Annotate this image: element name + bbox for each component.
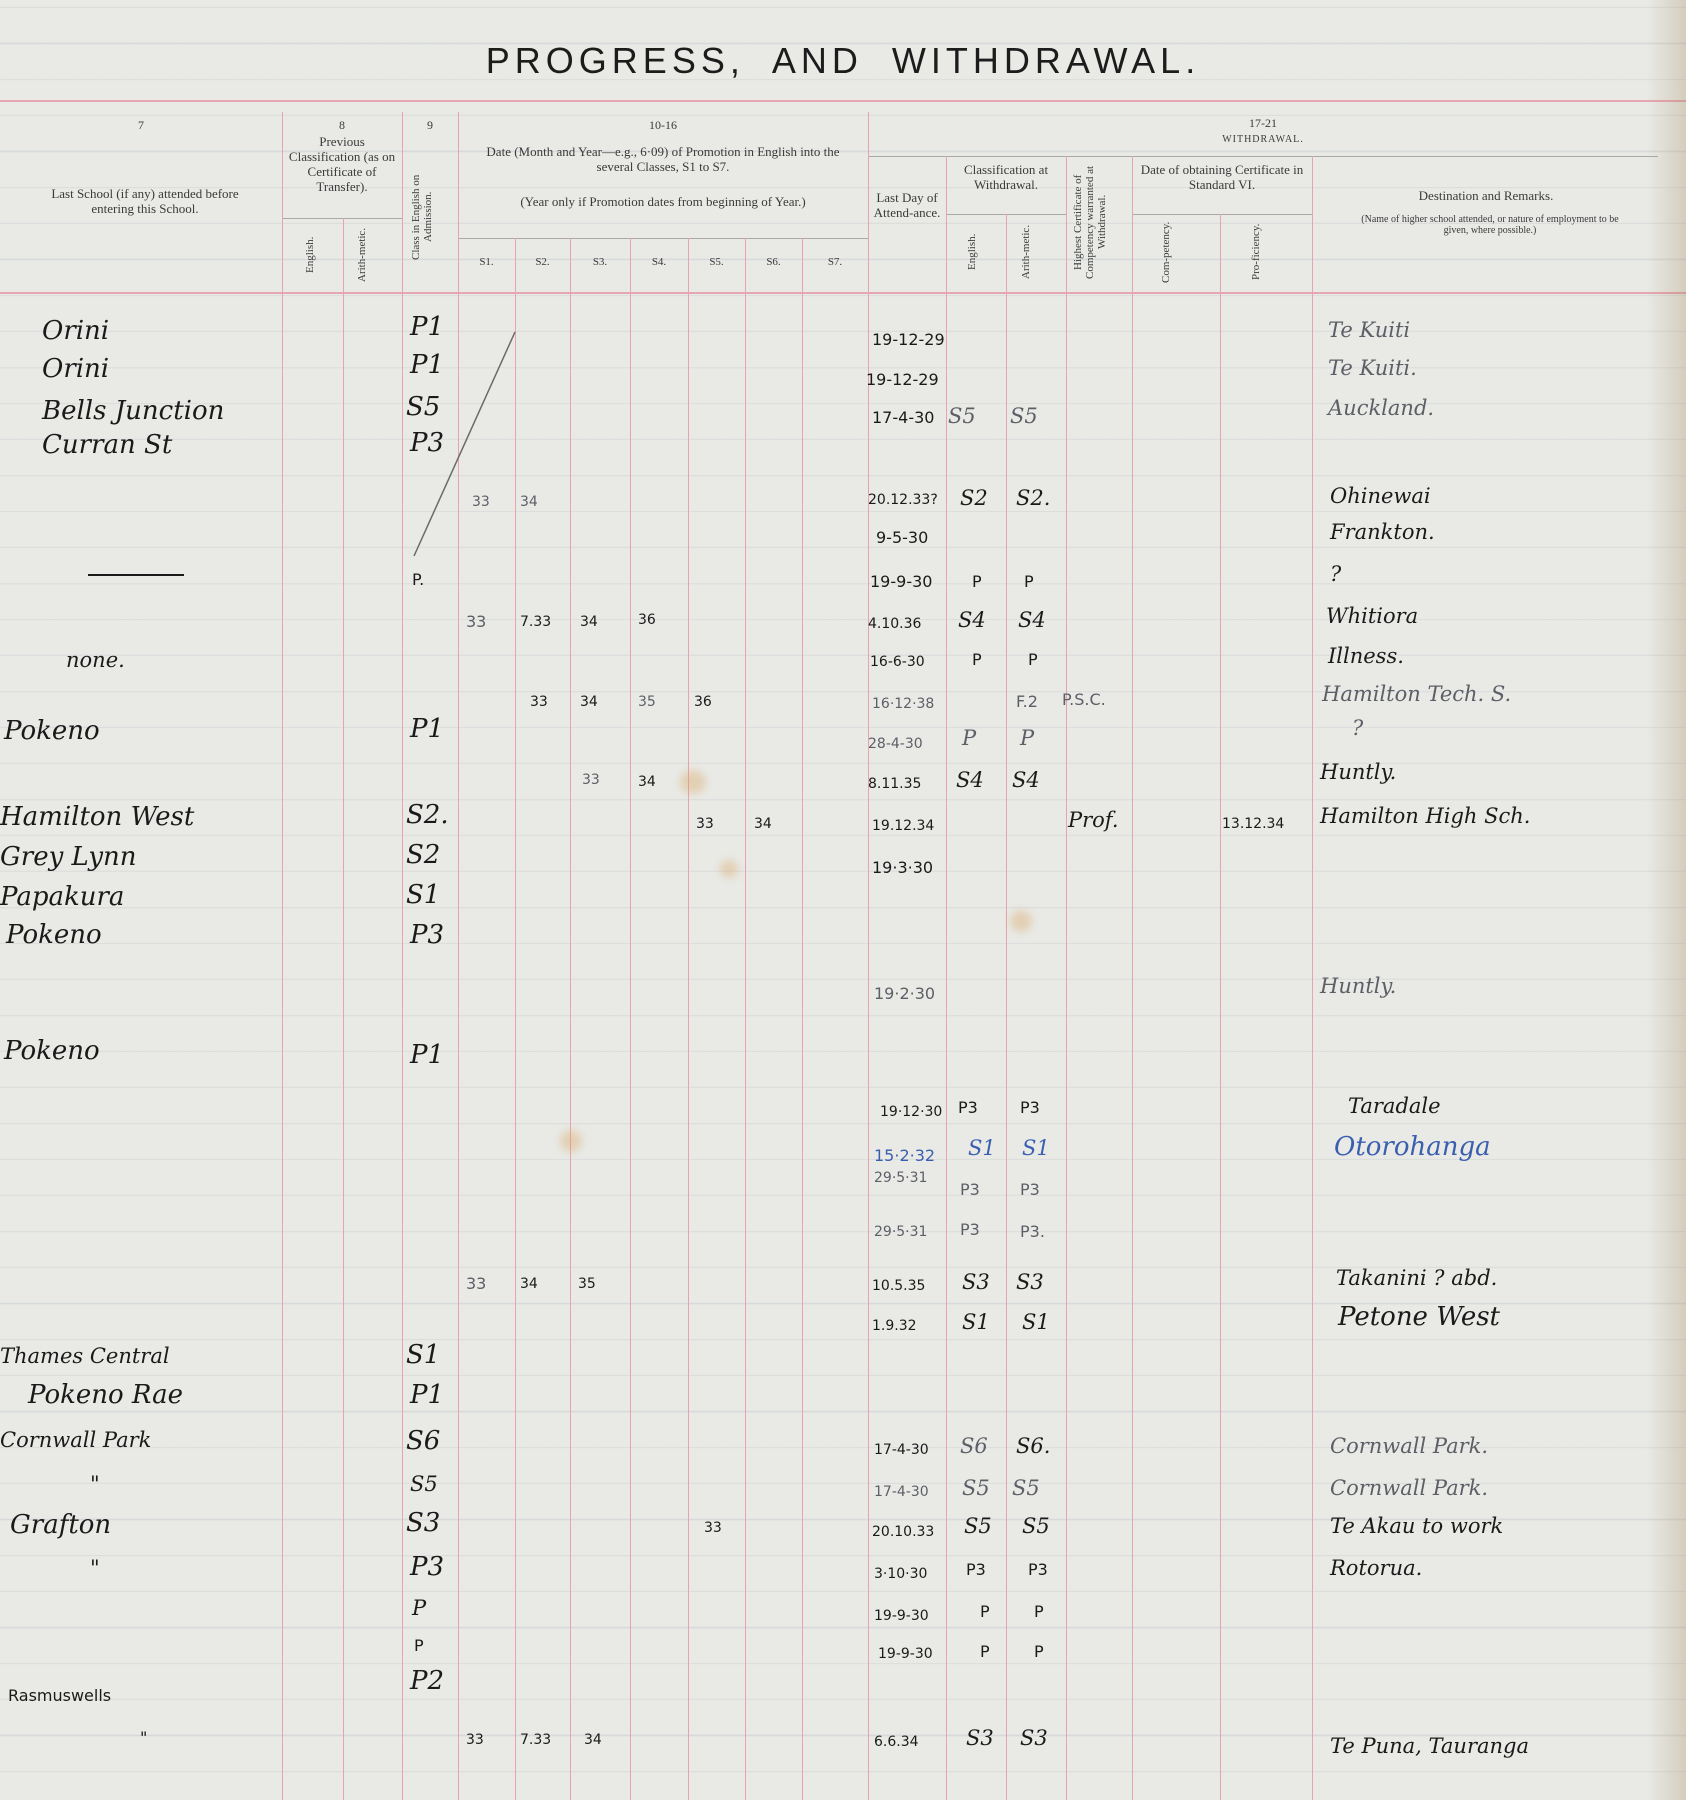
proficiency-header: Pro-ficiency.	[1250, 220, 1280, 284]
promotion-s5: 33	[696, 816, 714, 832]
cw-arith: S1	[1022, 1136, 1050, 1160]
col7-header: Last School (if any) attended before ent…	[50, 186, 240, 216]
promotion-s2: 7.33	[520, 614, 551, 630]
cw-arith: S4	[1012, 768, 1040, 792]
promotion-s3: 34	[584, 1732, 602, 1748]
col-divider	[1312, 156, 1313, 1800]
destination: Te Kuiti.	[1328, 356, 1417, 380]
admission-class: S5	[410, 1472, 438, 1496]
col-divider	[868, 112, 869, 1800]
last-day: 19-12-29	[866, 370, 939, 389]
destination: Cornwall Park.	[1330, 1434, 1488, 1458]
destination: Frankton.	[1330, 520, 1435, 544]
last-day: 19·3·30	[872, 858, 933, 877]
cw-arith-header: Arith-metic.	[1020, 220, 1046, 284]
cw-english: S3	[962, 1270, 990, 1294]
cw-arith: S6.	[1016, 1434, 1050, 1458]
col9-header: Class in English on Admission.	[410, 150, 440, 284]
cw-english: P3	[960, 1220, 980, 1239]
last-school: Curran St	[42, 430, 172, 460]
promotion-s3: 35	[578, 1276, 596, 1292]
admission-class: S6	[406, 1426, 440, 1456]
destination: Taradale	[1348, 1094, 1441, 1118]
promotion-subheader-rule	[458, 238, 868, 239]
last-day-header: Last Day of Attend-ance.	[872, 190, 942, 220]
last-school: "	[140, 1728, 147, 1747]
standard-header-s6: S6.	[745, 256, 802, 268]
cw-arith: S5	[1010, 404, 1038, 428]
cw-english: S4	[956, 768, 984, 792]
last-school: Orini	[42, 316, 109, 346]
col-divider	[802, 238, 803, 1800]
promotion-s3: 34	[580, 694, 598, 710]
col-divider	[1132, 156, 1133, 1800]
cw-english: S2	[960, 486, 988, 510]
standard-header-s5: S5.	[688, 256, 745, 268]
cw-arith: S5	[1012, 1476, 1040, 1500]
last-day: 19.12.34	[872, 818, 934, 834]
last-day: 3·10·30	[874, 1566, 927, 1582]
cw-english: S5	[948, 404, 976, 428]
cw-english: S1	[962, 1310, 990, 1334]
admission-class: P1	[410, 1380, 444, 1410]
admission-class: P3	[410, 1552, 444, 1582]
col8-header: Previous Classification (as on Certifica…	[286, 134, 398, 194]
last-school: Cornwall Park	[0, 1428, 151, 1452]
promotion-s1: 33	[466, 1732, 484, 1748]
last-school: "	[90, 1472, 100, 1496]
promotion-s2: 34	[520, 494, 538, 510]
destination: Otorohanga	[1334, 1132, 1491, 1162]
destination: Petone West	[1338, 1302, 1500, 1332]
destination: Auckland.	[1328, 396, 1434, 420]
standard-header-s1: S1.	[458, 256, 515, 268]
last-day: 6.6.34	[874, 1734, 919, 1750]
last-school: "	[90, 1556, 100, 1580]
admission-class: P2	[410, 1666, 444, 1696]
cw-english: P3	[960, 1180, 980, 1199]
col-divider	[402, 112, 403, 1800]
col-divider	[282, 112, 283, 1800]
cw-english: P3	[966, 1560, 986, 1579]
promotion-s1: 33	[466, 1274, 486, 1293]
admission-class: S1	[406, 880, 440, 910]
destination: Takanini ? abd.	[1336, 1266, 1497, 1290]
cw-arith: S1	[1022, 1310, 1050, 1334]
col-divider	[570, 238, 571, 1800]
admission-class: P1	[410, 714, 444, 744]
col-divider	[1066, 156, 1067, 1800]
col8-english-header: English.	[304, 226, 316, 284]
col-divider	[630, 238, 631, 1800]
col9-number: 9	[402, 118, 458, 133]
stain	[1010, 910, 1032, 932]
withdrawal-header: WITHDRAWAL.	[868, 134, 1658, 145]
col-divider	[343, 218, 344, 1800]
last-day: 10.5.35	[872, 1278, 925, 1294]
col-divider	[946, 156, 947, 1800]
destination: Ohinewai	[1330, 484, 1431, 508]
destination-header: Destination and Remarks.	[1316, 188, 1656, 203]
promotion-s3: 33	[582, 772, 600, 788]
standard-header-s4: S4.	[630, 256, 688, 268]
standard-header-s3: S3.	[570, 256, 630, 268]
cw-english: P	[980, 1602, 990, 1621]
promotion-s2: 7.33	[520, 1732, 551, 1748]
last-day: 17-4-30	[874, 1442, 929, 1458]
last-day: 4.10.36	[868, 616, 921, 632]
cw-english: S6	[960, 1434, 988, 1458]
cw-arith: P	[1034, 1642, 1044, 1661]
cw-arith: F.2	[1016, 692, 1038, 711]
cw-english: P3	[958, 1098, 978, 1117]
last-day: 16-6-30	[870, 654, 925, 670]
last-school: Thames Central	[0, 1344, 170, 1368]
last-school: Orini	[42, 354, 109, 384]
header-bottom-rule	[0, 292, 1686, 294]
col17-21-number: 17-21	[868, 116, 1658, 131]
std6-cert-header: Date of obtaining Certificate in Standar…	[1136, 162, 1308, 192]
withdrawal-subheader-rule	[868, 156, 1658, 157]
last-school: Bells Junction	[42, 396, 224, 426]
last-day: 19-9-30	[878, 1646, 933, 1662]
destination: Rotorua.	[1330, 1556, 1422, 1580]
last-day: 20.10.33	[872, 1524, 934, 1540]
last-day: 19-12-29	[872, 330, 945, 349]
last-day: 9-5-30	[876, 528, 928, 547]
stain	[720, 860, 738, 878]
cw-arith: P	[1034, 1602, 1044, 1621]
last-day: 20.12.33?	[868, 492, 938, 508]
admission-class: P3	[410, 920, 444, 950]
standard-header-s2: S2.	[515, 256, 570, 268]
cw-english: S5	[964, 1514, 992, 1538]
cw-arith: P3.	[1020, 1222, 1045, 1241]
destination: ?	[1330, 562, 1341, 586]
destination: Hamilton Tech. S.	[1322, 682, 1511, 706]
cw-english: P	[972, 572, 982, 591]
col7-number: 7	[0, 118, 282, 133]
last-school: Pokeno	[6, 920, 102, 950]
col10-16-note: (Year only if Promotion dates from begin…	[470, 194, 856, 209]
admission-class: P1	[410, 350, 444, 380]
cw-arith: S3	[1020, 1726, 1048, 1750]
cw-arith: P	[1020, 726, 1034, 750]
destination: Hamilton High Sch.	[1320, 804, 1530, 828]
col8-arith-header: Arith-metic.	[356, 226, 382, 284]
destination: Te Kuiti	[1328, 318, 1410, 342]
promotion-s4: 35	[638, 694, 656, 710]
class-withdrawal-header: Classification at Withdrawal.	[950, 162, 1062, 192]
promotion-s3: 34	[580, 614, 598, 630]
cw-arith: P3	[1020, 1098, 1040, 1117]
promotion-s2: 34	[520, 1276, 538, 1292]
prev-class-subheader-rule	[282, 218, 402, 219]
page-title: PROGRESS, AND WITHDRAWAL.	[0, 40, 1686, 82]
highest-cert: Prof.	[1068, 808, 1119, 832]
admission-class: S2	[406, 840, 440, 870]
cw-english: S5	[962, 1476, 990, 1500]
destination: Te Puna, Tauranga	[1330, 1734, 1529, 1758]
promotion-s5: 36	[694, 694, 712, 710]
std6-subheader-rule	[1132, 214, 1312, 215]
col-divider	[1006, 214, 1007, 1800]
promotion-s5: 33	[704, 1520, 722, 1536]
cw-arith: S5	[1022, 1514, 1050, 1538]
cw-arith: S3	[1016, 1270, 1044, 1294]
header-top-rule	[0, 100, 1686, 102]
promotion-s4: 36	[638, 612, 656, 628]
last-day: 19-9-30	[870, 572, 932, 591]
cw-arith: P	[1024, 572, 1034, 591]
register-page: PROGRESS, AND WITHDRAWAL. 7 Last School …	[0, 0, 1686, 1800]
destination: Te Akau to work	[1330, 1514, 1503, 1538]
col10-16-number: 10-16	[458, 118, 868, 133]
cw-english-header: English.	[966, 220, 978, 284]
cw-english: P	[972, 650, 982, 669]
last-day: 17-4-30	[872, 408, 934, 427]
last-school: none.	[66, 648, 125, 672]
admission-class: P	[412, 1596, 426, 1620]
promotion-s6: 34	[754, 816, 772, 832]
last-school: Pokeno Rae	[28, 1380, 183, 1410]
last-school: Grey Lynn	[0, 842, 137, 872]
promotion-s1: 33	[472, 494, 490, 510]
last-school: Pokeno	[4, 1036, 100, 1066]
last-day: 29·5·31	[874, 1224, 927, 1240]
admission-class: S5	[406, 392, 440, 422]
destination: Illness.	[1328, 644, 1404, 668]
std6-proficiency: 13.12.34	[1222, 816, 1284, 832]
destination: Huntly.	[1320, 760, 1396, 784]
last-day: 16·12·38	[872, 696, 934, 712]
admission-class: P3	[410, 428, 444, 458]
col-divider	[745, 238, 746, 1800]
last-school: Grafton	[10, 1510, 111, 1540]
cw-arith: S2.	[1016, 486, 1050, 510]
promotion-s4: 34	[638, 774, 656, 790]
destination: Cornwall Park.	[1330, 1476, 1488, 1500]
col10-16-header: Date (Month and Year—e.g., 6·09) of Prom…	[470, 144, 856, 174]
col-divider	[688, 238, 689, 1800]
last-day: 8.11.35	[868, 776, 921, 792]
cw-english: S1	[968, 1136, 996, 1160]
last-day: 17-4-30	[874, 1484, 929, 1500]
last-day: 15·2·32	[874, 1146, 935, 1165]
competency-header: Com-petency.	[1160, 220, 1190, 284]
last-day: 19-9-30	[874, 1608, 929, 1624]
last-day: 1.9.32	[872, 1318, 917, 1334]
col8-number: 8	[282, 118, 402, 133]
destination: Huntly.	[1320, 974, 1396, 998]
stain	[680, 770, 706, 794]
admission-class: P	[414, 1636, 424, 1655]
last-day: 29·5·31	[874, 1170, 927, 1186]
admission-class: S2.	[406, 800, 449, 830]
admission-class: P.	[412, 570, 424, 589]
last-day: 19·12·30	[880, 1104, 942, 1120]
last-day: 28-4-30	[868, 736, 923, 752]
standard-header-s7: S7.	[802, 256, 868, 268]
cw-arith: P	[1028, 650, 1038, 669]
dash-line	[86, 570, 186, 580]
last-day: 19·2·30	[874, 984, 935, 1003]
admission-class: P1	[410, 312, 444, 342]
admission-class: S3	[406, 1508, 440, 1538]
stain	[560, 1130, 582, 1152]
promotion-s1: 33	[466, 612, 486, 631]
cw-arith: P3	[1020, 1180, 1040, 1199]
highest-cert-header: Highest Certificate of Competency warran…	[1072, 160, 1128, 284]
cw-arith: S4	[1018, 608, 1046, 632]
highest-cert: P.S.C.	[1062, 690, 1106, 709]
destination: ?	[1352, 716, 1363, 740]
destination-note: (Name of higher school attended, or natu…	[1350, 214, 1630, 236]
last-school: Papakura	[0, 882, 124, 912]
cw-english: S4	[958, 608, 986, 632]
cw-english: P	[980, 1642, 990, 1661]
last-school: Hamilton West	[0, 802, 194, 832]
last-school: Pokeno	[4, 716, 100, 746]
cw-english: P	[962, 726, 976, 750]
col-divider	[1220, 214, 1221, 1800]
admission-class: P1	[410, 1040, 444, 1070]
admission-class: S1	[406, 1340, 440, 1370]
cw-english: S3	[966, 1726, 994, 1750]
promotion-s2: 33	[530, 694, 548, 710]
last-school: Rasmuswells	[8, 1686, 111, 1705]
destination: Whitiora	[1326, 604, 1418, 628]
cw-arith: P3	[1028, 1560, 1048, 1579]
